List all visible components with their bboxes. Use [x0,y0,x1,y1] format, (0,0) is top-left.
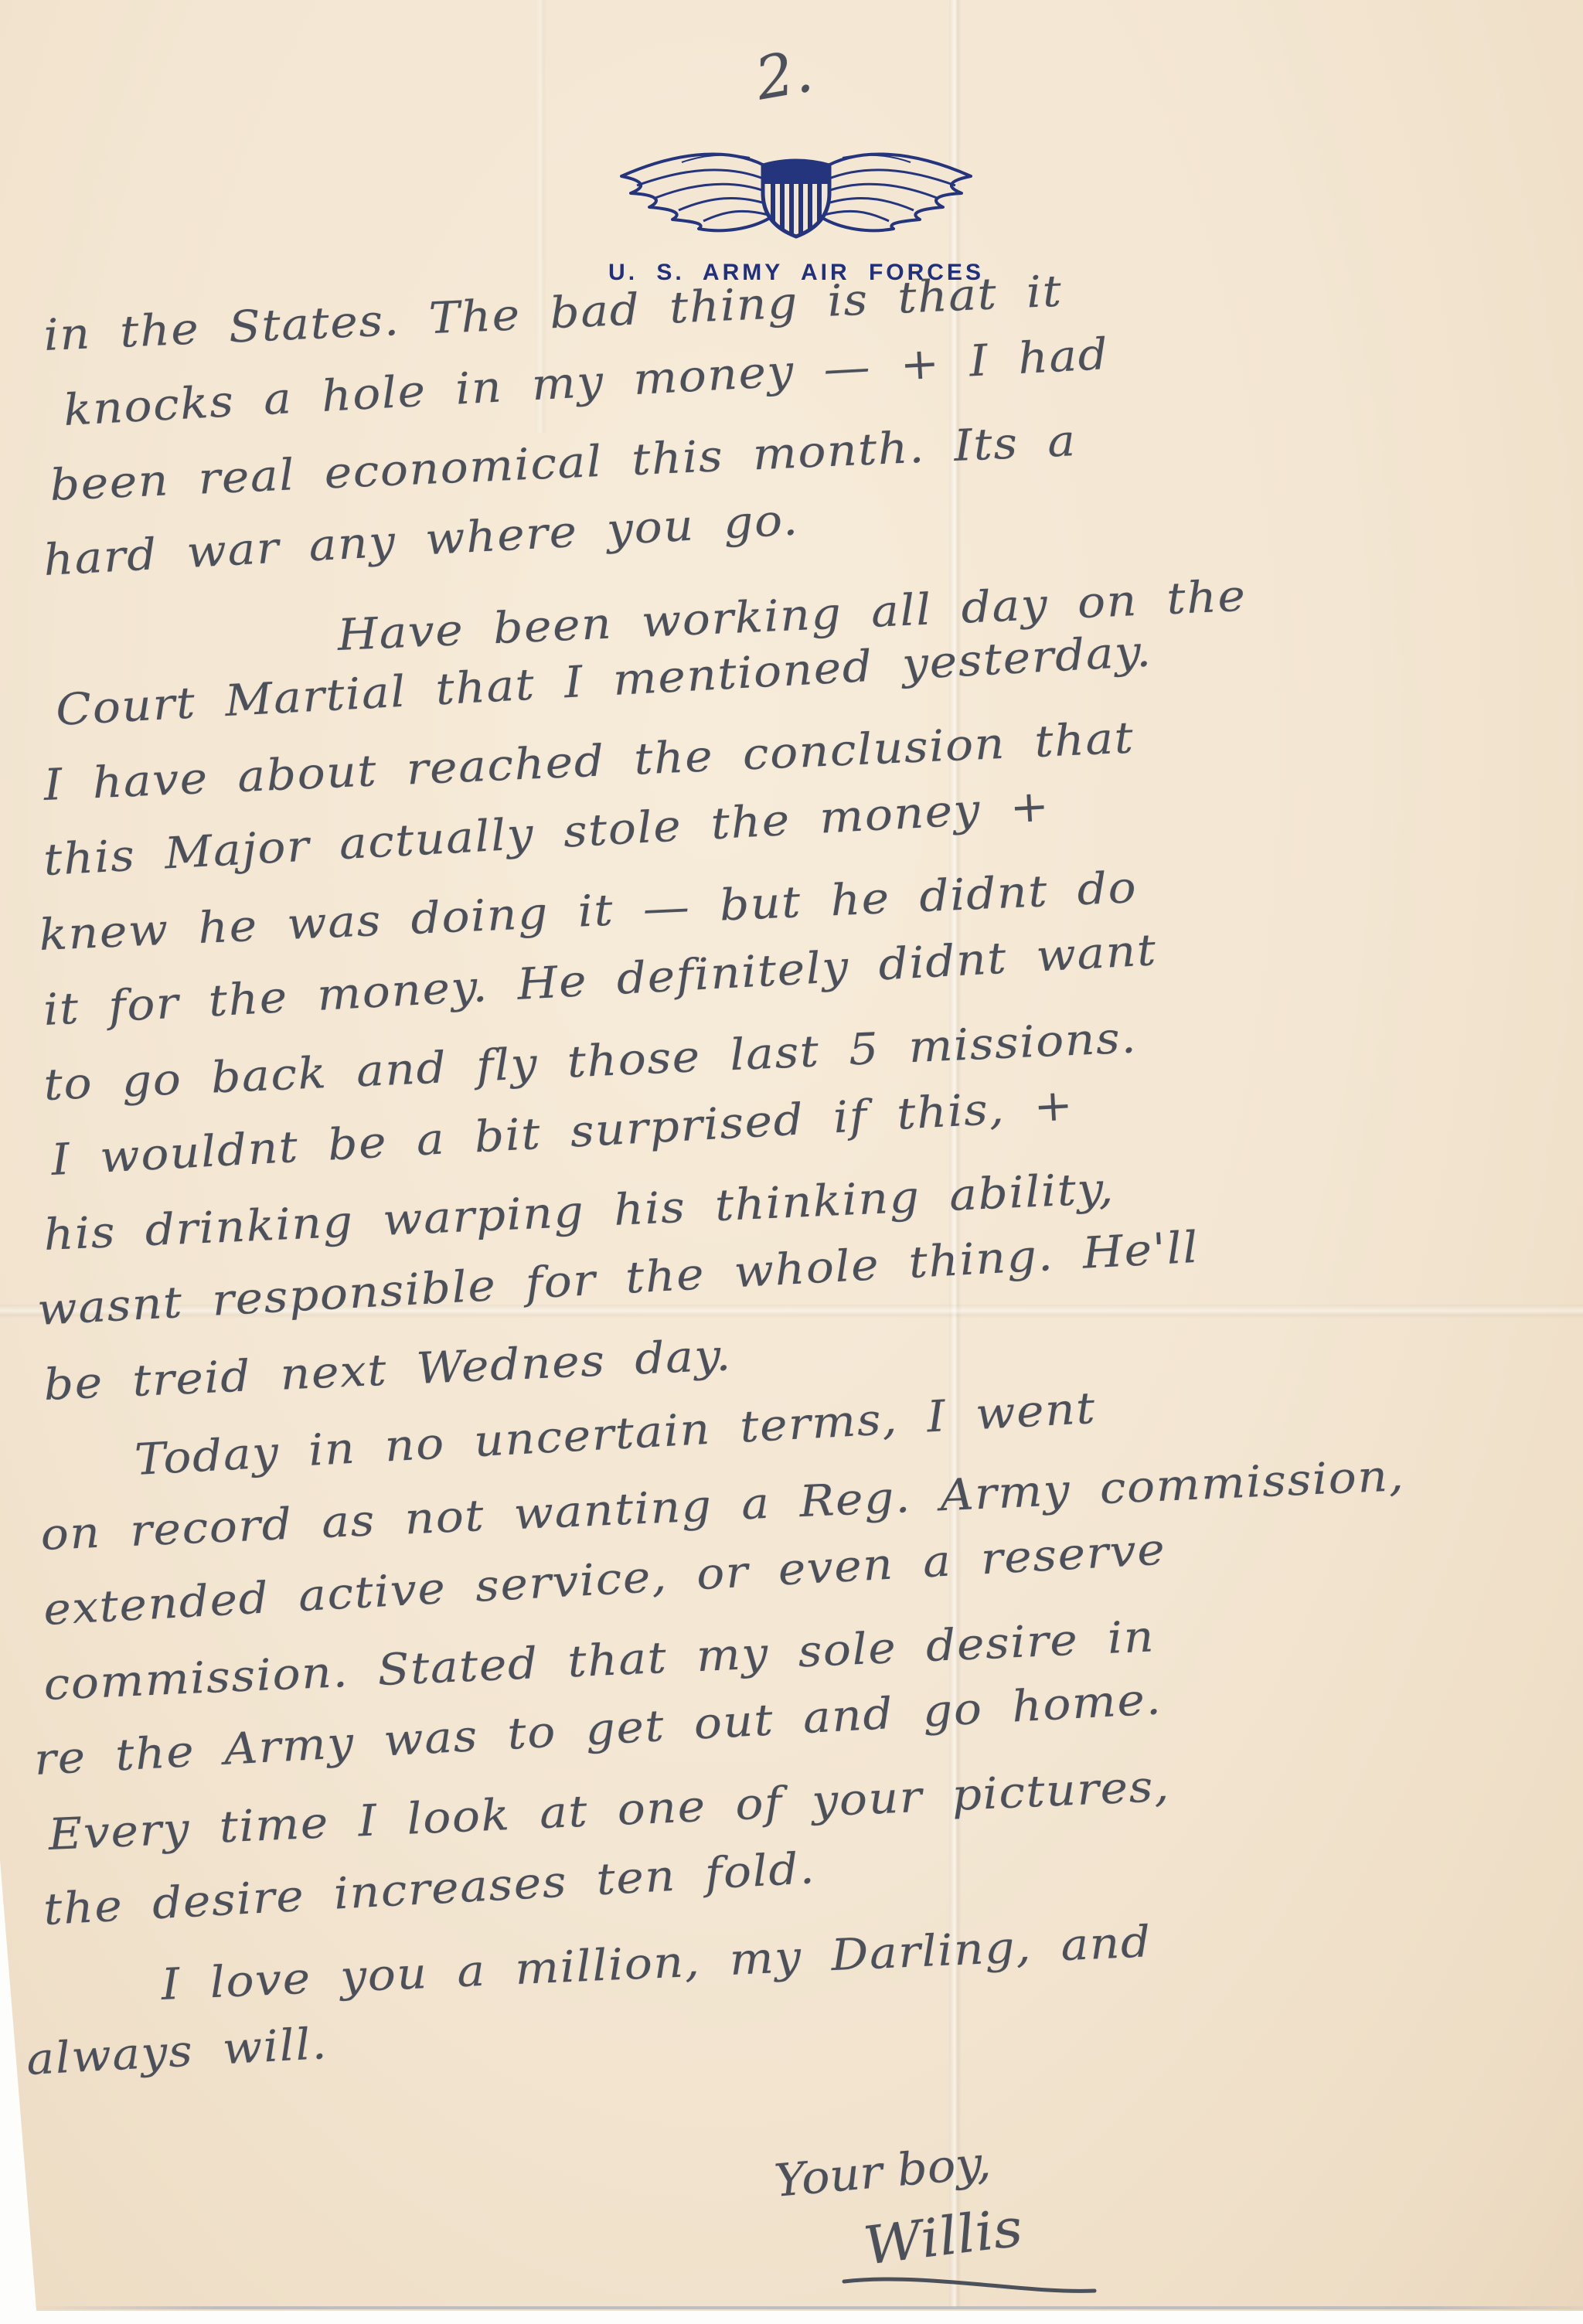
army-air-forces-wings-icon [611,144,982,249]
paper-bottom-edge [31,2306,1583,2309]
signature-flourish [839,2271,1102,2302]
page-number: 2. [751,36,818,113]
letter-body: in the States. The bad thing is that it … [45,298,1560,2098]
